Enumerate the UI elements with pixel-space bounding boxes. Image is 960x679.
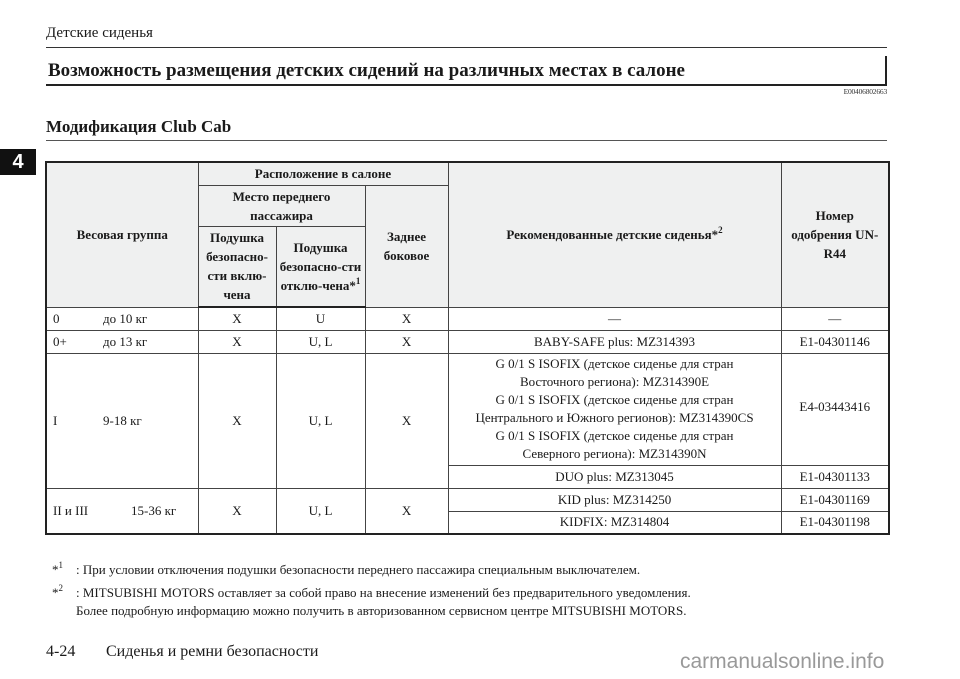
- weight-group-cell: 0до 10 кг: [46, 307, 198, 330]
- approval-number-cell: E4-03443416: [781, 353, 889, 465]
- table-row: 0до 10 кгXUX——: [46, 307, 889, 330]
- group-label: II и III: [53, 502, 131, 520]
- group-label: I: [53, 412, 103, 430]
- header-airbag-on: Подушка безопасно-сти вклю-чена: [198, 226, 276, 307]
- rear-side-cell: X: [365, 307, 448, 330]
- group-label: 0+: [53, 333, 103, 351]
- recommended-seat-cell: —: [448, 307, 781, 330]
- approval-number-cell: E1-04301169: [781, 488, 889, 511]
- table-row: I9-18 кгXU, LXG 0/1 S ISOFIX (детское си…: [46, 353, 889, 465]
- rear-side-cell: X: [365, 330, 448, 353]
- chapter-tab: 4: [0, 149, 36, 175]
- table-row: II и III15-36 кгXU, LXKID plus: MZ314250…: [46, 488, 889, 511]
- footnote-2: *2: MITSUBISHI MOTORS оставляет за собой…: [52, 584, 691, 602]
- footnote-1: *1: При условии отключения подушки безоп…: [52, 561, 640, 579]
- recommended-seat-cell: DUO plus: MZ313045: [448, 465, 781, 488]
- airbag-on-cell: X: [198, 307, 276, 330]
- weight-range: до 13 кг: [103, 334, 147, 349]
- weight-group-cell: I9-18 кг: [46, 353, 198, 488]
- approval-number-cell: —: [781, 307, 889, 330]
- recommended-seat-cell: G 0/1 S ISOFIX (детское сиденье для стра…: [448, 353, 781, 465]
- header-weight-group: Весовая группа: [46, 162, 198, 307]
- approval-number-cell: E1-04301198: [781, 511, 889, 534]
- airbag-on-cell: X: [198, 353, 276, 488]
- airbag-off-cell: U, L: [276, 353, 365, 488]
- child-seat-table: Весовая группа Расположение в салоне Рек…: [45, 161, 890, 535]
- group-label: 0: [53, 310, 103, 328]
- footnote-2-continuation: Более подробную информацию можно получит…: [76, 602, 686, 620]
- weight-range: до 10 кг: [103, 311, 147, 326]
- header-airbag-off: Подушка безопасно-сти отклю-чена*1: [276, 226, 365, 307]
- weight-group-cell: II и III15-36 кг: [46, 488, 198, 534]
- approval-number-cell: E1-04301146: [781, 330, 889, 353]
- top-rule: [46, 47, 887, 48]
- airbag-on-cell: X: [198, 330, 276, 353]
- subsection-rule: [46, 140, 887, 141]
- airbag-off-cell: U, L: [276, 330, 365, 353]
- section-title: Возможность размещения детских сидений н…: [48, 60, 685, 82]
- weight-group-cell: 0+до 13 кг: [46, 330, 198, 353]
- airbag-on-cell: X: [198, 488, 276, 534]
- weight-range: 15-36 кг: [131, 503, 176, 518]
- section-code: E00406802663: [780, 87, 887, 96]
- table-row: 0+до 13 кгXU, LXBABY-SAFE plus: MZ314393…: [46, 330, 889, 353]
- airbag-off-cell: U, L: [276, 488, 365, 534]
- recommended-seat-cell: KIDFIX: MZ314804: [448, 511, 781, 534]
- header-location: Расположение в салоне: [198, 162, 448, 185]
- header-front-passenger: Место переднего пассажира: [198, 185, 365, 226]
- rear-side-cell: X: [365, 488, 448, 534]
- watermark: carmanualsonline.info: [680, 650, 884, 674]
- weight-range: 9-18 кг: [103, 413, 142, 428]
- recommended-seat-cell: BABY-SAFE plus: MZ314393: [448, 330, 781, 353]
- page-number: 4-24: [46, 643, 106, 661]
- airbag-off-cell: U: [276, 307, 365, 330]
- recommended-seat-cell: KID plus: MZ314250: [448, 488, 781, 511]
- running-head: Детские сиденья: [46, 25, 153, 42]
- header-approval: Номер одобрения UN-R44: [781, 162, 889, 307]
- approval-number-cell: E1-04301133: [781, 465, 889, 488]
- header-rear-side: Заднее боковое: [365, 185, 448, 307]
- header-recommended: Рекомендованные детские сиденья*2: [448, 162, 781, 307]
- subsection-title: Модификация Club Cab: [46, 117, 231, 137]
- page-footer: 4-24Сиденья и ремни безопасности: [46, 643, 318, 661]
- rear-side-cell: X: [365, 353, 448, 488]
- chapter-name: Сиденья и ремни безопасности: [106, 643, 318, 660]
